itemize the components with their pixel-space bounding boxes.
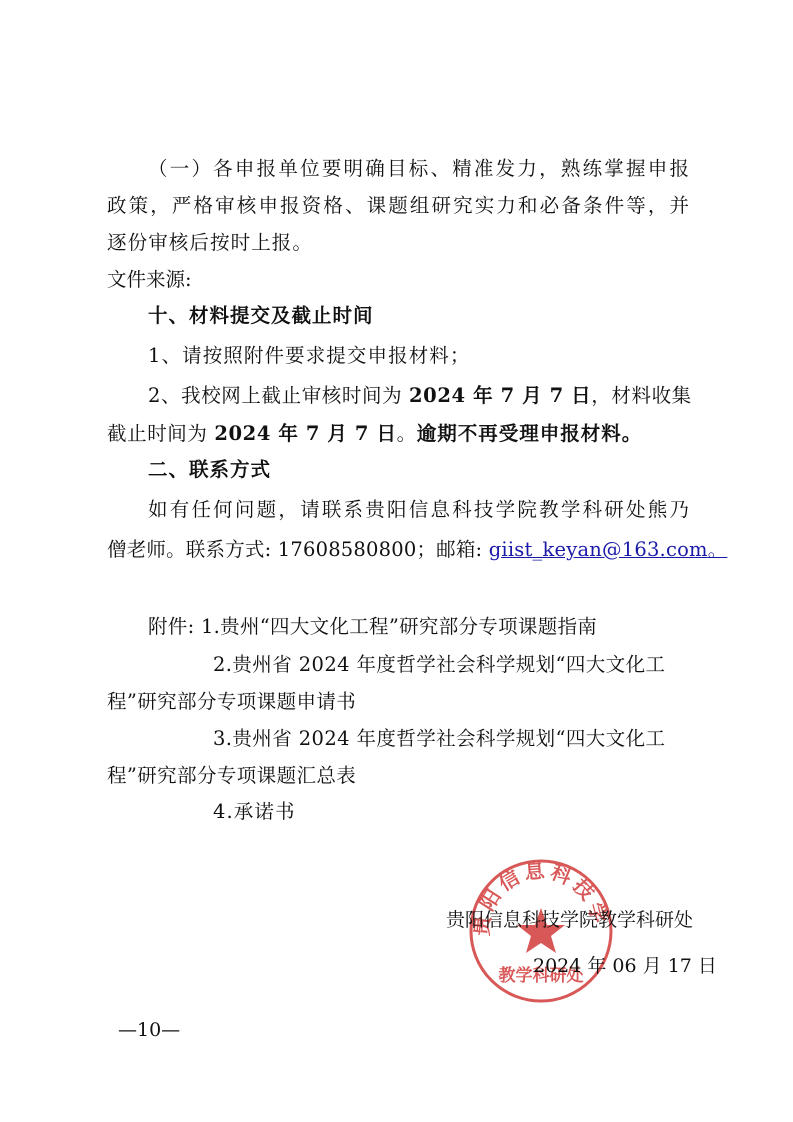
text: 僧老师。联系方式: 17608580800；邮箱: bbox=[107, 538, 489, 561]
document-page: （一）各申报单位要明确目标、精准发力，熟练掌握申报 政策，严格审核申报资格、课题… bbox=[0, 0, 793, 1122]
text: ，材料收集 bbox=[591, 384, 692, 407]
list-item: 1、请按照附件要求提交申报材料； bbox=[148, 344, 689, 368]
attachment-item: 2.贵州省 2024 年度哲学社会科学规划“四大文化工 bbox=[213, 653, 689, 677]
signature-date: 2024 年 06 月 17 日 bbox=[533, 954, 717, 978]
deadline-date: 2024 年 7 月 7 日 bbox=[409, 384, 591, 407]
paragraph-line: 政策，严格审核申报资格、课题组研究实力和必备条件等，并 bbox=[107, 194, 689, 218]
paragraph-line: 僧老师。联系方式: 17608580800；邮箱: giist_keyan@16… bbox=[107, 538, 689, 562]
email-link[interactable]: giist_keyan@163.com bbox=[489, 538, 708, 561]
paragraph-line: 逐份审核后按时上报。 bbox=[107, 231, 689, 255]
text: 2、我校网上截止审核时间为 bbox=[148, 384, 409, 407]
attachment-item: 附件: 1.贵州“四大文化工程”研究部分专项课题指南 bbox=[148, 615, 689, 639]
attachment-item: 4.承诺书 bbox=[213, 800, 689, 824]
attachment-text: 1.贵州“四大文化工程”研究部分专项课题指南 bbox=[201, 615, 597, 638]
text: 截止时间为 bbox=[107, 422, 214, 445]
attachment-item-continuation: 程”研究部分专项课题申请书 bbox=[107, 690, 689, 714]
deadline-notice: 逾期不再受理申报材料。 bbox=[417, 422, 643, 445]
list-item: 2、我校网上截止审核时间为 2024 年 7 月 7 日，材料收集 bbox=[148, 384, 689, 408]
section-heading: 二、联系方式 bbox=[148, 458, 689, 482]
section-heading: 十、材料提交及截止时间 bbox=[148, 304, 689, 328]
paragraph-line: （一）各申报单位要明确目标、精准发力，熟练掌握申报 bbox=[107, 157, 689, 181]
attachments-label: 附件: bbox=[148, 615, 201, 638]
text: 。 bbox=[397, 422, 417, 445]
signature-organization: 贵阳信息科技学院教学科研处 bbox=[446, 908, 693, 932]
attachment-item: 3.贵州省 2024 年度哲学社会科学规划“四大文化工 bbox=[213, 727, 689, 751]
paragraph-line: 如有任何问题，请联系贵阳信息科技学院教学科研处熊乃 bbox=[148, 498, 689, 522]
list-item-continuation: 截止时间为 2024 年 7 月 7 日。逾期不再受理申报材料。 bbox=[107, 422, 689, 446]
deadline-date: 2024 年 7 月 7 日 bbox=[214, 422, 396, 445]
page-number: —10— bbox=[118, 1018, 180, 1042]
source-label: 文件来源: bbox=[107, 268, 689, 292]
text: 。 bbox=[708, 538, 728, 561]
attachment-item-continuation: 程”研究部分专项课题汇总表 bbox=[107, 764, 689, 788]
